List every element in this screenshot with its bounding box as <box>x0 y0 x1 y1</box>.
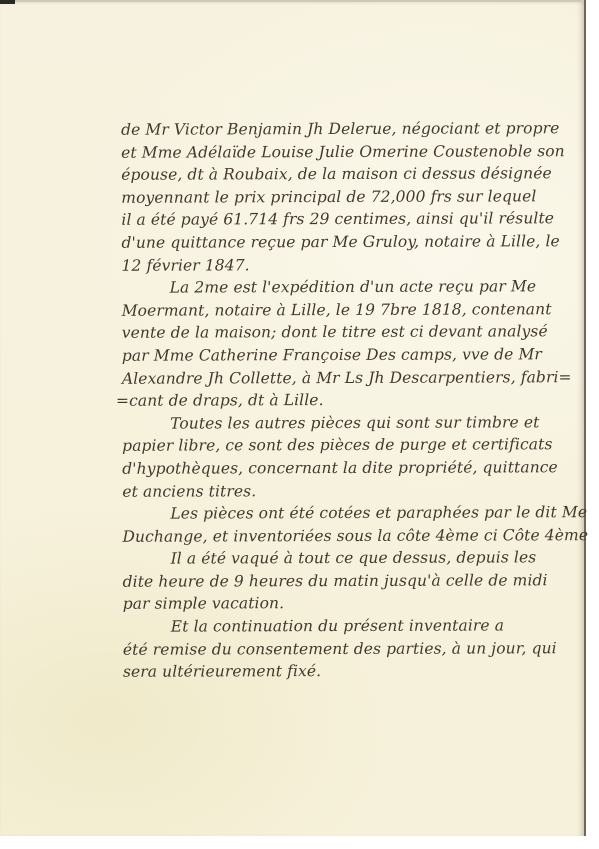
manuscript-line: dite heure de 9 heures du matin jusqu'à … <box>123 569 553 593</box>
manuscript-line: Toutes les autres pièces qui sont sur ti… <box>122 411 552 435</box>
manuscript-line: d'hypothèques, concernant la dite propri… <box>122 456 552 480</box>
manuscript-line: 12 février 1847. <box>121 253 551 277</box>
manuscript-line: Et la continuation du présent inventaire… <box>123 614 553 638</box>
manuscript-line: et Mme Adélaïde Louise Julie Omerine Cou… <box>121 140 551 164</box>
manuscript-line: La 2me est l'expédition d'un acte reçu p… <box>122 275 552 299</box>
manuscript-line: il a été payé 61.714 frs 29 centimes, ai… <box>121 208 551 232</box>
manuscript-line: Les pièces ont été cotées et paraphées p… <box>122 501 552 525</box>
manuscript-line: d'une quittance reçue par Me Gruloy, not… <box>121 230 551 254</box>
manuscript-line: Il a été vaqué à tout ce que dessus, dep… <box>123 547 553 571</box>
manuscript-line: Duchange, et inventoriées sous la côte 4… <box>122 524 552 548</box>
manuscript-line: par Mme Catherine Françoise Des camps, v… <box>122 343 552 367</box>
manuscript-line: et anciens titres. <box>122 479 552 503</box>
manuscript-line: papier libre, ce sont des pièces de purg… <box>122 434 552 458</box>
page-top-edge <box>0 0 584 2</box>
manuscript-page: de Mr Victor Benjamin Jh Delerue, négoci… <box>0 0 586 836</box>
scanned-document: de Mr Victor Benjamin Jh Delerue, négoci… <box>0 0 599 849</box>
manuscript-line: sera ultérieurement fixé. <box>123 659 553 683</box>
manuscript-line: épouse, dt à Roubaix, de la maison ci de… <box>121 162 551 186</box>
manuscript-line: de Mr Victor Benjamin Jh Delerue, négoci… <box>121 117 551 141</box>
manuscript-line: Moermant, notaire à Lille, le 19 7bre 18… <box>122 298 552 322</box>
handwritten-text-block: de Mr Victor Benjamin Jh Delerue, négoci… <box>121 117 553 683</box>
scan-edge-artifact <box>0 0 15 4</box>
manuscript-line: moyennant le prix principal de 72,000 fr… <box>121 185 551 209</box>
manuscript-line: vente de la maison; dont le titre est ci… <box>122 321 552 345</box>
manuscript-line: été remise du consentement des parties, … <box>123 637 553 661</box>
manuscript-line: Alexandre Jh Collette, à Mr Ls Jh Descar… <box>122 366 552 390</box>
manuscript-line: =cant de draps, dt à Lille. <box>116 388 552 412</box>
manuscript-line: par simple vacation. <box>123 592 553 616</box>
